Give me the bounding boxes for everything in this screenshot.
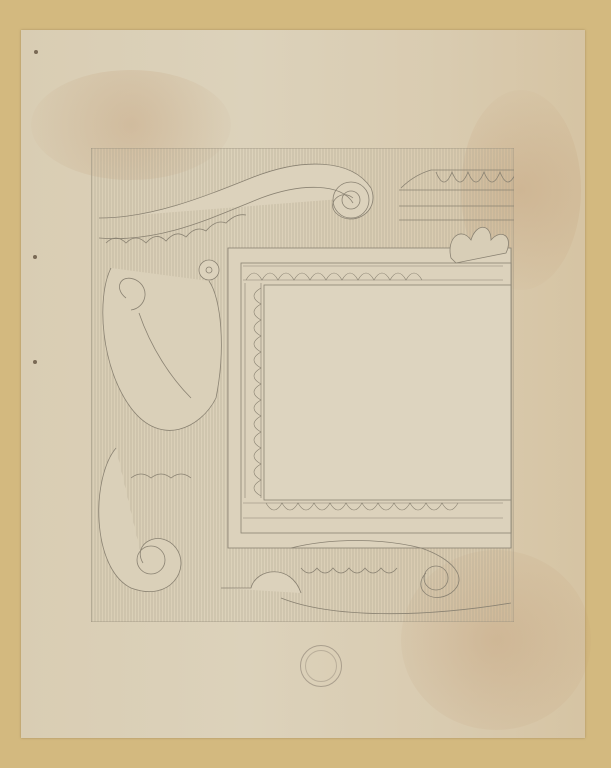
pin-hole xyxy=(33,255,37,259)
pin-hole xyxy=(34,50,38,54)
collection-stamp xyxy=(300,645,342,687)
ornamental-frame-drawing xyxy=(91,148,514,622)
pin-hole xyxy=(33,360,37,364)
